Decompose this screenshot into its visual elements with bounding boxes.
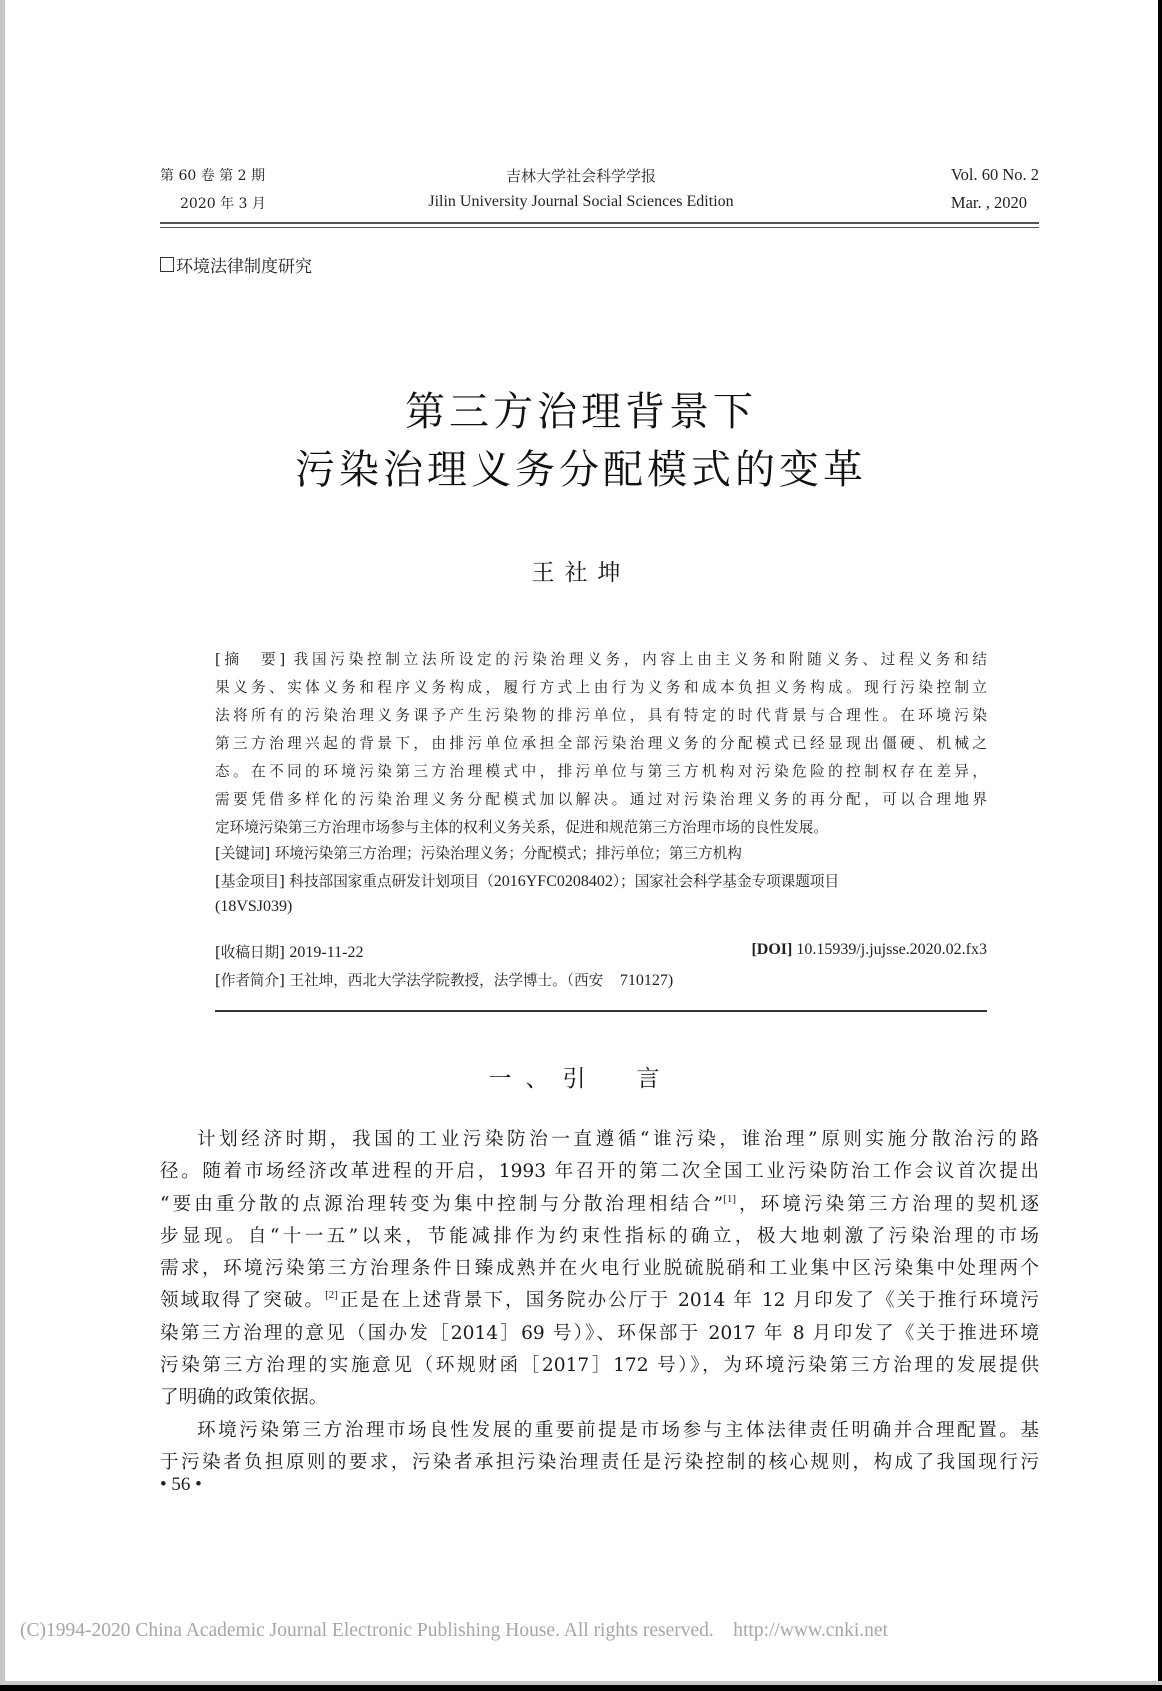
doi-label: [DOI] <box>751 941 792 958</box>
funding-label: [基金项目] <box>215 873 285 890</box>
body-text: 计划经济时期，我国的工业污染防治一直遵循“谁污染，谁治理”原则实施分散治污的路 … <box>160 1124 1039 1479</box>
page-number: • 56 • <box>160 1474 202 1496</box>
page-left-border <box>0 0 5 1683</box>
keywords-line: [关键词] 环境污染第三方治理；污染治理义务；分配模式；排污单位；第三方机构 <box>215 842 742 863</box>
article-author: 王社坤 <box>0 554 1162 587</box>
abstract-line: 第三方治理兴起的背景下，由排污单位承担全部污染治理义务的分配模式已经显现出僵硬、… <box>215 730 987 758</box>
received-date-line: [收稿日期] 2019-11-22 <box>215 941 363 962</box>
abstract-line: 态。在不同的环境污染第三方治理模式中，排污单位与第三方机构对污染危险的控制权存在… <box>215 758 987 786</box>
body-line: 需求，环境污染第三方治理条件日臻成熟并在火电行业脱硫脱硝和工业集中区污染集中处理… <box>160 1253 1039 1285</box>
abstract-label: [摘 要] <box>215 651 285 668</box>
body-line: 步显现。自“十一五”以来，节能减排作为约束性指标的确立，极大地刺激了污染治理的市… <box>160 1221 1039 1253</box>
keywords-value: 环境污染第三方治理；污染治理义务；分配模式；排污单位；第三方机构 <box>275 845 742 862</box>
section-heading: 一、引 言 <box>0 1060 1162 1093</box>
received-label: [收稿日期] <box>215 944 285 961</box>
abstract-line: 法将所有的污染治理义务课予产生污染物的排污单位，具有特定的时代背景与合理性。在环… <box>215 702 987 730</box>
body-line: 了明确的政策依据。 <box>160 1382 1039 1414</box>
article-title-line-2: 污染治理义务分配模式的变革 <box>0 438 1162 495</box>
author-bio-value: 王社坤，西北大学法学院教授，法学博士。（西安 <box>289 972 603 989</box>
article-title-line-1: 第三方治理背景下 <box>0 380 1162 437</box>
doi-line: [DOI] 10.15939/j.jujsse.2020.02.fx3 <box>751 941 987 959</box>
header-volume-issue-en: Vol. 60 No. 2 <box>951 165 1039 185</box>
body-line: “要由重分散的点源治理转变为集中控制与分散治理相结合”[1]，环境污染第三方治理… <box>160 1189 1039 1221</box>
body-line: 计划经济时期，我国的工业污染防治一直遵循“谁污染，谁治理”原则实施分散治污的路 <box>160 1124 1039 1156</box>
abstract-line: 需要凭借多样化的污染治理义务分配模式加以解决。通过对污染治理义务的再分配，可以合… <box>215 786 987 814</box>
funding-code-2: (18VSJ039) <box>215 898 292 915</box>
author-bio-line: [作者简介] 王社坤，西北大学法学院教授，法学博士。（西安 710127) <box>215 969 673 990</box>
citation-ref-1[interactable]: [1] <box>723 1193 736 1205</box>
header-date-en: Mar. , 2020 <box>951 193 1027 213</box>
abstract-line: 果义务、实体义务和程序义务构成，履行方式上由行为义务和成本负担义务构成。现行污染… <box>215 674 987 702</box>
page-right-border <box>1158 0 1162 1691</box>
author-bio-label: [作者简介] <box>215 972 285 989</box>
abstract-bottom-rule <box>215 1010 987 1012</box>
square-box-icon <box>160 257 174 272</box>
abstract-line: [摘 要] 我国污染控制立法所设定的污染治理义务，内容上由主义务和附随义务、过程… <box>215 646 987 674</box>
funding-code: 2016YFC0208402 <box>494 873 613 890</box>
column-tag-label: 环境法律制度研究 <box>176 252 312 277</box>
body-line: 领域取得了突破。[2]正是在上述背景下，国务院办公厅于 2014 年 12 月印… <box>160 1285 1039 1317</box>
abstract-line: 定环境污染第三方治理市场参与主体的权利义务关系，促进和规范第三方治理市场的良性发… <box>215 814 987 842</box>
copyright-footer: (C)1994-2020 China Academic Journal Elec… <box>20 1620 888 1642</box>
funding-line-2: (18VSJ039) <box>215 898 292 916</box>
citation-ref-2[interactable]: [2] <box>325 1289 338 1301</box>
funding-line: [基金项目] 科技部国家重点研发计划项目（2016YFC0208402）；国家社… <box>215 870 839 891</box>
section-number: 一、 <box>489 1066 563 1092</box>
column-tag: 环境法律制度研究 <box>160 252 312 277</box>
author-postcode: 710127) <box>620 972 673 989</box>
body-line: 径。随着市场经济改革进程的开启，1993 年召开的第二次全国工业污染防治工作会议… <box>160 1156 1039 1188</box>
abstract-block: [摘 要] 我国污染控制立法所设定的污染治理义务，内容上由主义务和附随义务、过程… <box>215 646 987 842</box>
page-bottom-edge <box>0 1685 1162 1691</box>
keywords-label: [关键词] <box>215 845 270 862</box>
header-double-rule <box>160 222 1039 228</box>
body-line: 环境污染第三方治理市场良性发展的重要前提是市场参与主体法律责任明确并合理配置。基 <box>160 1415 1039 1447</box>
section-title: 引 言 <box>563 1066 674 1092</box>
doi-value: 10.15939/j.jujsse.2020.02.fx3 <box>796 941 987 958</box>
received-date: 2019-11-22 <box>289 944 363 961</box>
body-line: 于污染者负担原则的要求，污染者承担污染治理责任是污染控制的核心规则，构成了我国现… <box>160 1447 1039 1479</box>
body-line: 污染第三方治理的实施意见（环规财函［2017］172 号）》，为环境污染第三方治… <box>160 1350 1039 1382</box>
body-line: 染第三方治理的意见（国办发［2014］69 号）》、环保部于 2017 年 8 … <box>160 1318 1039 1350</box>
